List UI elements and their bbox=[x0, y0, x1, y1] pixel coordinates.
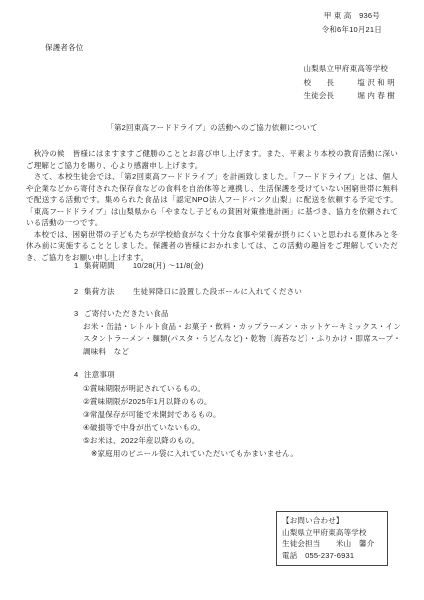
item-label: ご寄付いただきたい食品 bbox=[84, 308, 169, 320]
caution-note-5: ⑤お米は、2022年産以降のもの。 bbox=[83, 434, 404, 447]
caution-note-3: ③常温保存が可能で未開封であるもの。 bbox=[83, 408, 404, 421]
item-label: 集荷期間 bbox=[84, 260, 115, 272]
requested-foods-list: お米・缶詰・レトルト食品・お菓子・飲料・カップラーメン・ホットケーキミックス・イ… bbox=[83, 321, 401, 359]
list-item-collection-method: 2 集荷方法 生徒昇降口に設置した段ボールに入れてください bbox=[74, 286, 404, 298]
caution-note-asterisk: ※家庭用のビニール袋に入れていただいてもかまいません。 bbox=[91, 447, 404, 460]
contact-heading: 【お問い合わせ】 bbox=[282, 515, 382, 527]
item-number: 2 bbox=[74, 286, 84, 298]
body-paragraph-1: 秋冷の候 皆様にはますますご健勝のこととお喜び申し上げます。また、平素より本校の… bbox=[26, 148, 398, 171]
contact-school: 山梨県立甲府東高等学校 bbox=[282, 527, 382, 539]
contact-box: 【お問い合わせ】 山梨県立甲府東高等学校 生徒会担当 米山 馨介 電話 055-… bbox=[276, 511, 388, 566]
caution-note-4: ④破損等で中身が出ていないもの。 bbox=[83, 421, 404, 434]
caution-note-1: ①賞味期限が明記されているもの。 bbox=[83, 382, 404, 395]
numbered-list: 1 集荷期間 10/28(月) ～11/8(金) 2 集荷方法 生徒昇降口に設置… bbox=[74, 260, 404, 460]
issue-date: 令和6年10月21日 bbox=[322, 24, 382, 36]
recipient-line: 保護者各位 bbox=[45, 42, 84, 54]
item-label: 集荷方法 bbox=[84, 286, 115, 298]
document-number: 甲 東 高 936号 bbox=[324, 10, 380, 22]
list-item-collection-period: 1 集荷期間 10/28(月) ～11/8(金) bbox=[74, 260, 404, 272]
item-text: 生徒昇降口に設置した段ボールに入れてください bbox=[133, 286, 302, 298]
body-paragraph-2: さて、本校生徒会では、「第2回東高フードドライブ」を計画致しました。「フードドラ… bbox=[26, 171, 398, 229]
body-paragraph-3: 本校では、困窮世帯の子どもたちが学校給食がなく十分な食事や栄養が摂りにくいと思わ… bbox=[26, 229, 398, 264]
body-block: 秋冷の候 皆様にはますますご健勝のこととお喜び申し上げます。また、平素より本校の… bbox=[26, 148, 398, 263]
sender-block: 山梨県立甲府東高等学校 校 長 塩 沢 和 明 生徒会長 堀 内 春 樹 bbox=[303, 62, 395, 103]
item-label: 注意事項 bbox=[84, 369, 115, 381]
sender-school: 山梨県立甲府東高等学校 bbox=[303, 62, 395, 76]
caution-notes: ①賞味期限が明記されているもの。 ②賞味期限が2025年1月以降のもの。 ③常温… bbox=[83, 382, 404, 460]
document-page: 甲 東 高 936号 令和6年10月21日 保護者各位 山梨県立甲府東高等学校 … bbox=[0, 0, 424, 600]
document-title: 「第2回東高フードドライブ」の活動へのご協力依頼について bbox=[0, 122, 424, 134]
item-number: 1 bbox=[74, 260, 84, 272]
list-item-cautions: 4 注意事項 ①賞味期限が明記されているもの。 ②賞味期限が2025年1月以降の… bbox=[74, 369, 404, 460]
contact-phone: 電話 055-237-6931 bbox=[282, 550, 382, 562]
list-item-requested-foods: 3 ご寄付いただきたい食品 お米・缶詰・レトルト食品・お菓子・飲料・カップラーメ… bbox=[74, 308, 404, 358]
contact-person: 生徒会担当 米山 馨介 bbox=[282, 538, 382, 550]
item-number: 3 bbox=[74, 308, 84, 320]
item-text: 10/28(月) ～11/8(金) bbox=[133, 260, 204, 272]
item-number: 4 bbox=[74, 369, 84, 381]
caution-note-2: ②賞味期限が2025年1月以降のもの。 bbox=[83, 395, 404, 408]
sender-student-council: 生徒会長 堀 内 春 樹 bbox=[303, 89, 395, 103]
sender-principal: 校 長 塩 沢 和 明 bbox=[303, 76, 395, 90]
